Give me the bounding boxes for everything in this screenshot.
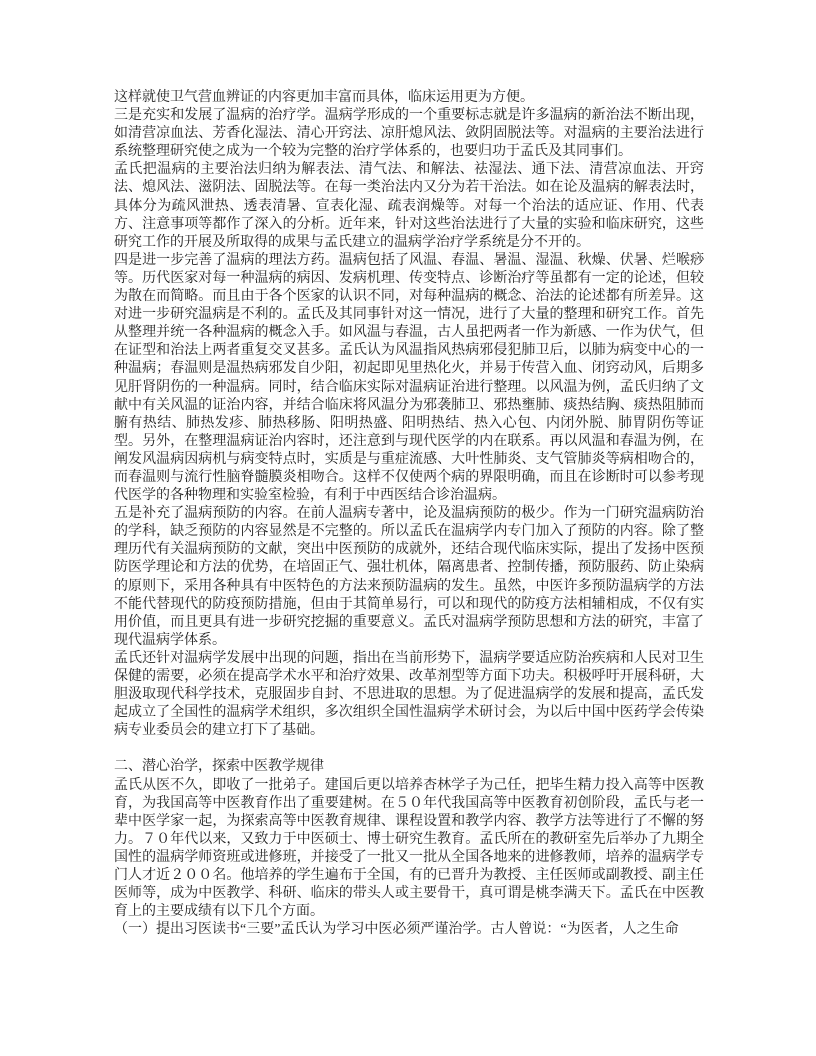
paragraph: 三是充实和发展了温病的治疗学。温病学形成的一个重要标志就是许多温病的新治法不断出… [114,107,704,161]
blank-line [114,740,704,758]
section-heading: 二、潜心治学，探索中医教学规律 [114,758,704,776]
paragraph: 孟氏从医不久，即收了一批弟子。建国后更以培养杏林学子为己任，把毕生精力投入高等中… [114,777,704,922]
paragraph: （一）提出习医读书“三要”孟氏认为学习中医必须严谨治学。古人曾说：“为医者，人之… [114,921,704,939]
paragraph: 四是进一步完善了温病的理法方药。温病包括了风温、春温、暑温、湿温、秋燥、伏暑、烂… [114,252,704,505]
paragraph: 五是补充了温病预防的内容。在前人温病专著中，论及温病预防的极少。作为一门研究温病… [114,505,704,650]
document-body: 这样就使卫气营血辨证的内容更加丰富而具体，临床运用更为方便。三是充实和发展了温病… [114,89,704,939]
document-page: 这样就使卫气营血辨证的内容更加丰富而具体，临床运用更为方便。三是充实和发展了温病… [0,0,816,1056]
paragraph: 孟氏还针对温病学发展中出现的问题，指出在当前形势下，温病学要适应防治疾病和人民对… [114,650,704,740]
paragraph: 孟氏把温病的主要治法归纳为解表法、清气法、和解法、祛湿法、通下法、清营凉血法、开… [114,161,704,251]
paragraph: 这样就使卫气营血辨证的内容更加丰富而具体，临床运用更为方便。 [114,89,704,107]
